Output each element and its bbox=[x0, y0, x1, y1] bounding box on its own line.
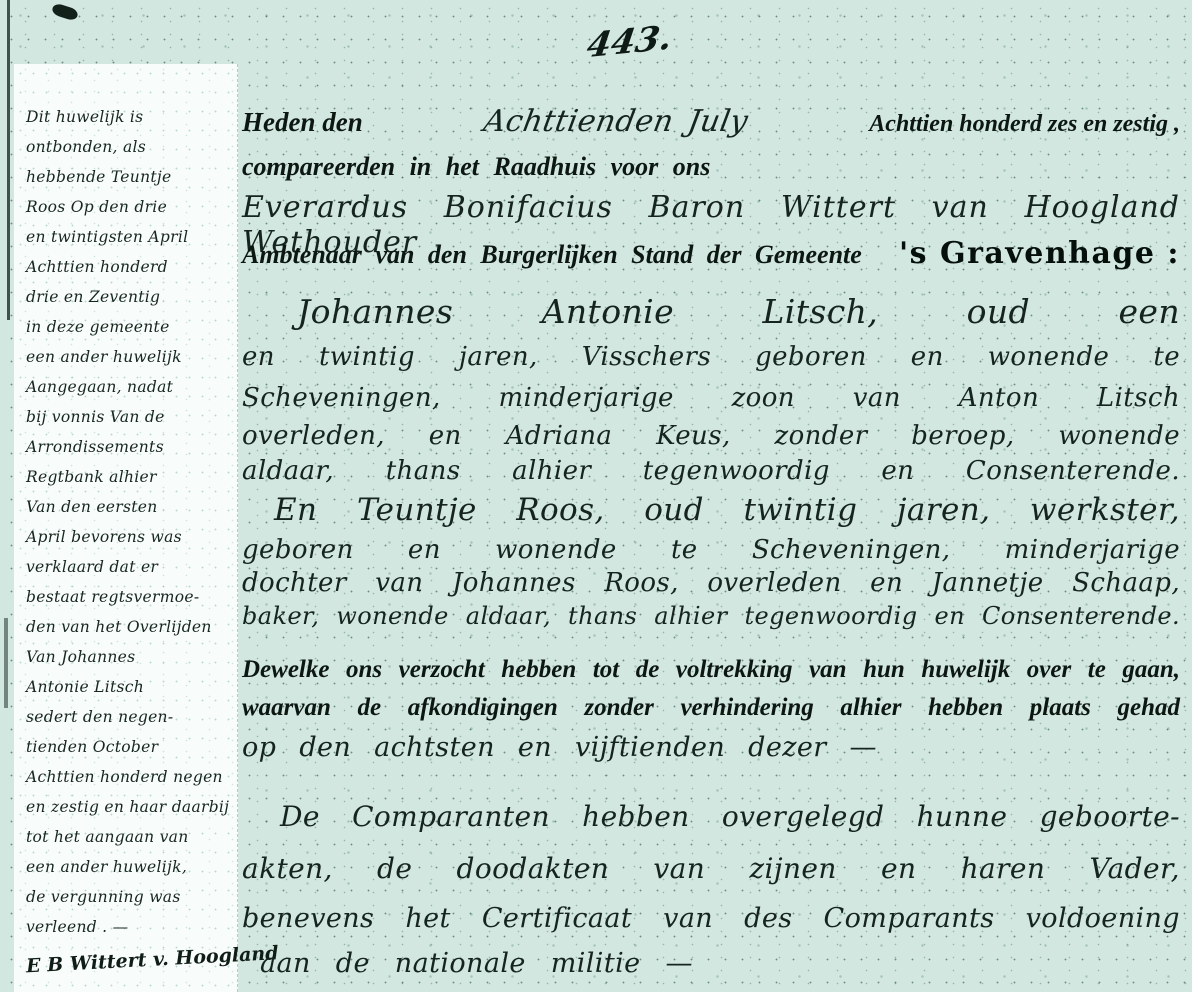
header-line-4: Ambtenaar van den Burgerlijken Stand der… bbox=[242, 236, 1180, 271]
scan-edge-mark bbox=[51, 2, 79, 21]
bride-line: dochter van Johannes Roos, overleden en … bbox=[242, 568, 1180, 598]
margin-note-line: April bevorens was bbox=[26, 522, 231, 552]
groom-line: aldaar, thans alhier tegenwoordig en Con… bbox=[242, 456, 1180, 486]
documents-line: aan de nationale militie — bbox=[242, 948, 1180, 979]
margin-note-line: Van den eersten bbox=[26, 492, 231, 522]
printed-heden-den: Heden den bbox=[242, 107, 363, 138]
request-handwritten-dates: op den achtsten en vijftienden dezer — bbox=[242, 732, 1180, 763]
request-printed-line: Dewelke ons verzocht hebben tot de voltr… bbox=[242, 656, 1180, 684]
margin-note-line: Achttien honderd bbox=[26, 252, 231, 282]
margin-note-line: Van Johannes bbox=[26, 642, 231, 672]
margin-note-line: verklaard dat er bbox=[26, 552, 231, 582]
margin-note-line: Arrondissements bbox=[26, 432, 231, 462]
margin-note-line: in deze gemeente bbox=[26, 312, 231, 342]
margin-note-line: de vergunning was bbox=[26, 882, 231, 912]
margin-note-line: drie en Zeventig bbox=[26, 282, 231, 312]
margin-note-line: Dit huwelijk is bbox=[26, 102, 231, 132]
documents-line: benevens het Certificaat van des Compara… bbox=[242, 903, 1180, 934]
margin-note-line: Antonie Litsch bbox=[26, 672, 231, 702]
margin-note-line: ontbonden, als bbox=[26, 132, 231, 162]
margin-note-line: Aangegaan, nadat bbox=[26, 372, 231, 402]
bride-line: En Teuntje Roos, oud twintig jaren, werk… bbox=[242, 492, 1180, 528]
margin-signature: E B Wittert v. Hoogland bbox=[26, 945, 232, 978]
municipality-name: 's Gravenhage : bbox=[899, 236, 1180, 271]
header-line-1: Heden den Achttienden July Achttien hond… bbox=[242, 104, 1180, 139]
document-scan: { "page": { "number": "443." }, "colors"… bbox=[0, 0, 1192, 992]
header-line-2: compareerden in het Raadhuis voor ons bbox=[242, 152, 1180, 182]
margin-note-line: den van het Overlijden bbox=[26, 612, 231, 642]
margin-note-line: hebbende Teuntje bbox=[26, 162, 231, 192]
groom-line: Johannes Antonie Litsch, oud een bbox=[242, 292, 1180, 331]
margin-note-line: tot het aangaan van bbox=[26, 822, 231, 852]
groom-line: overleden, en Adriana Keus, zonder beroe… bbox=[242, 421, 1180, 451]
margin-note: Dit huwelijk is ontbonden, als hebbende … bbox=[14, 64, 238, 992]
printed-compareerden: compareerden in het Raadhuis voor ons bbox=[242, 152, 710, 181]
margin-note-line: verleend . — bbox=[26, 912, 231, 942]
scan-edge-mark-low bbox=[4, 618, 8, 708]
printed-year: Achttien honderd zes en zestig , bbox=[869, 111, 1180, 138]
margin-note-line: Achttien honderd negen bbox=[26, 762, 231, 792]
request-printed-line: waarvan de afkondigingen zonder verhinde… bbox=[242, 694, 1180, 722]
margin-note-line: en zestig en haar daarbij bbox=[26, 792, 231, 822]
bride-line: baker, wonende aldaar, thans alhier tege… bbox=[242, 602, 1180, 630]
margin-note-line: Roos Op den drie bbox=[26, 192, 231, 222]
margin-note-line: een ander huwelijk, bbox=[26, 852, 231, 882]
bride-line: geboren en wonende te Scheveningen, mind… bbox=[242, 535, 1180, 565]
margin-note-line: bij vonnis Van de bbox=[26, 402, 231, 432]
margin-note-line: bestaat regtsvermoe- bbox=[26, 582, 231, 612]
margin-note-line: een ander huwelijk bbox=[26, 342, 231, 372]
page-number: 443. bbox=[584, 18, 674, 66]
documents-line: akten, de doodakten van zijnen en haren … bbox=[242, 852, 1180, 885]
margin-note-line: en twintigsten April bbox=[26, 222, 231, 252]
margin-note-line: tienden October bbox=[26, 732, 231, 762]
documents-line: De Comparanten hebben overgelegd hunne g… bbox=[242, 800, 1180, 833]
margin-note-line: Regtbank alhier bbox=[26, 462, 231, 492]
printed-ambtenaar: Ambtenaar van den Burgerlijken Stand der… bbox=[242, 240, 862, 270]
handwritten-date: Achttienden July bbox=[481, 104, 751, 139]
scan-edge-line bbox=[7, 0, 10, 320]
margin-note-line: sedert den negen- bbox=[26, 702, 231, 732]
groom-line: en twintig jaren, Visschers geboren en w… bbox=[242, 342, 1180, 372]
groom-line: Scheveningen, minderjarige zoon van Anto… bbox=[242, 383, 1180, 413]
